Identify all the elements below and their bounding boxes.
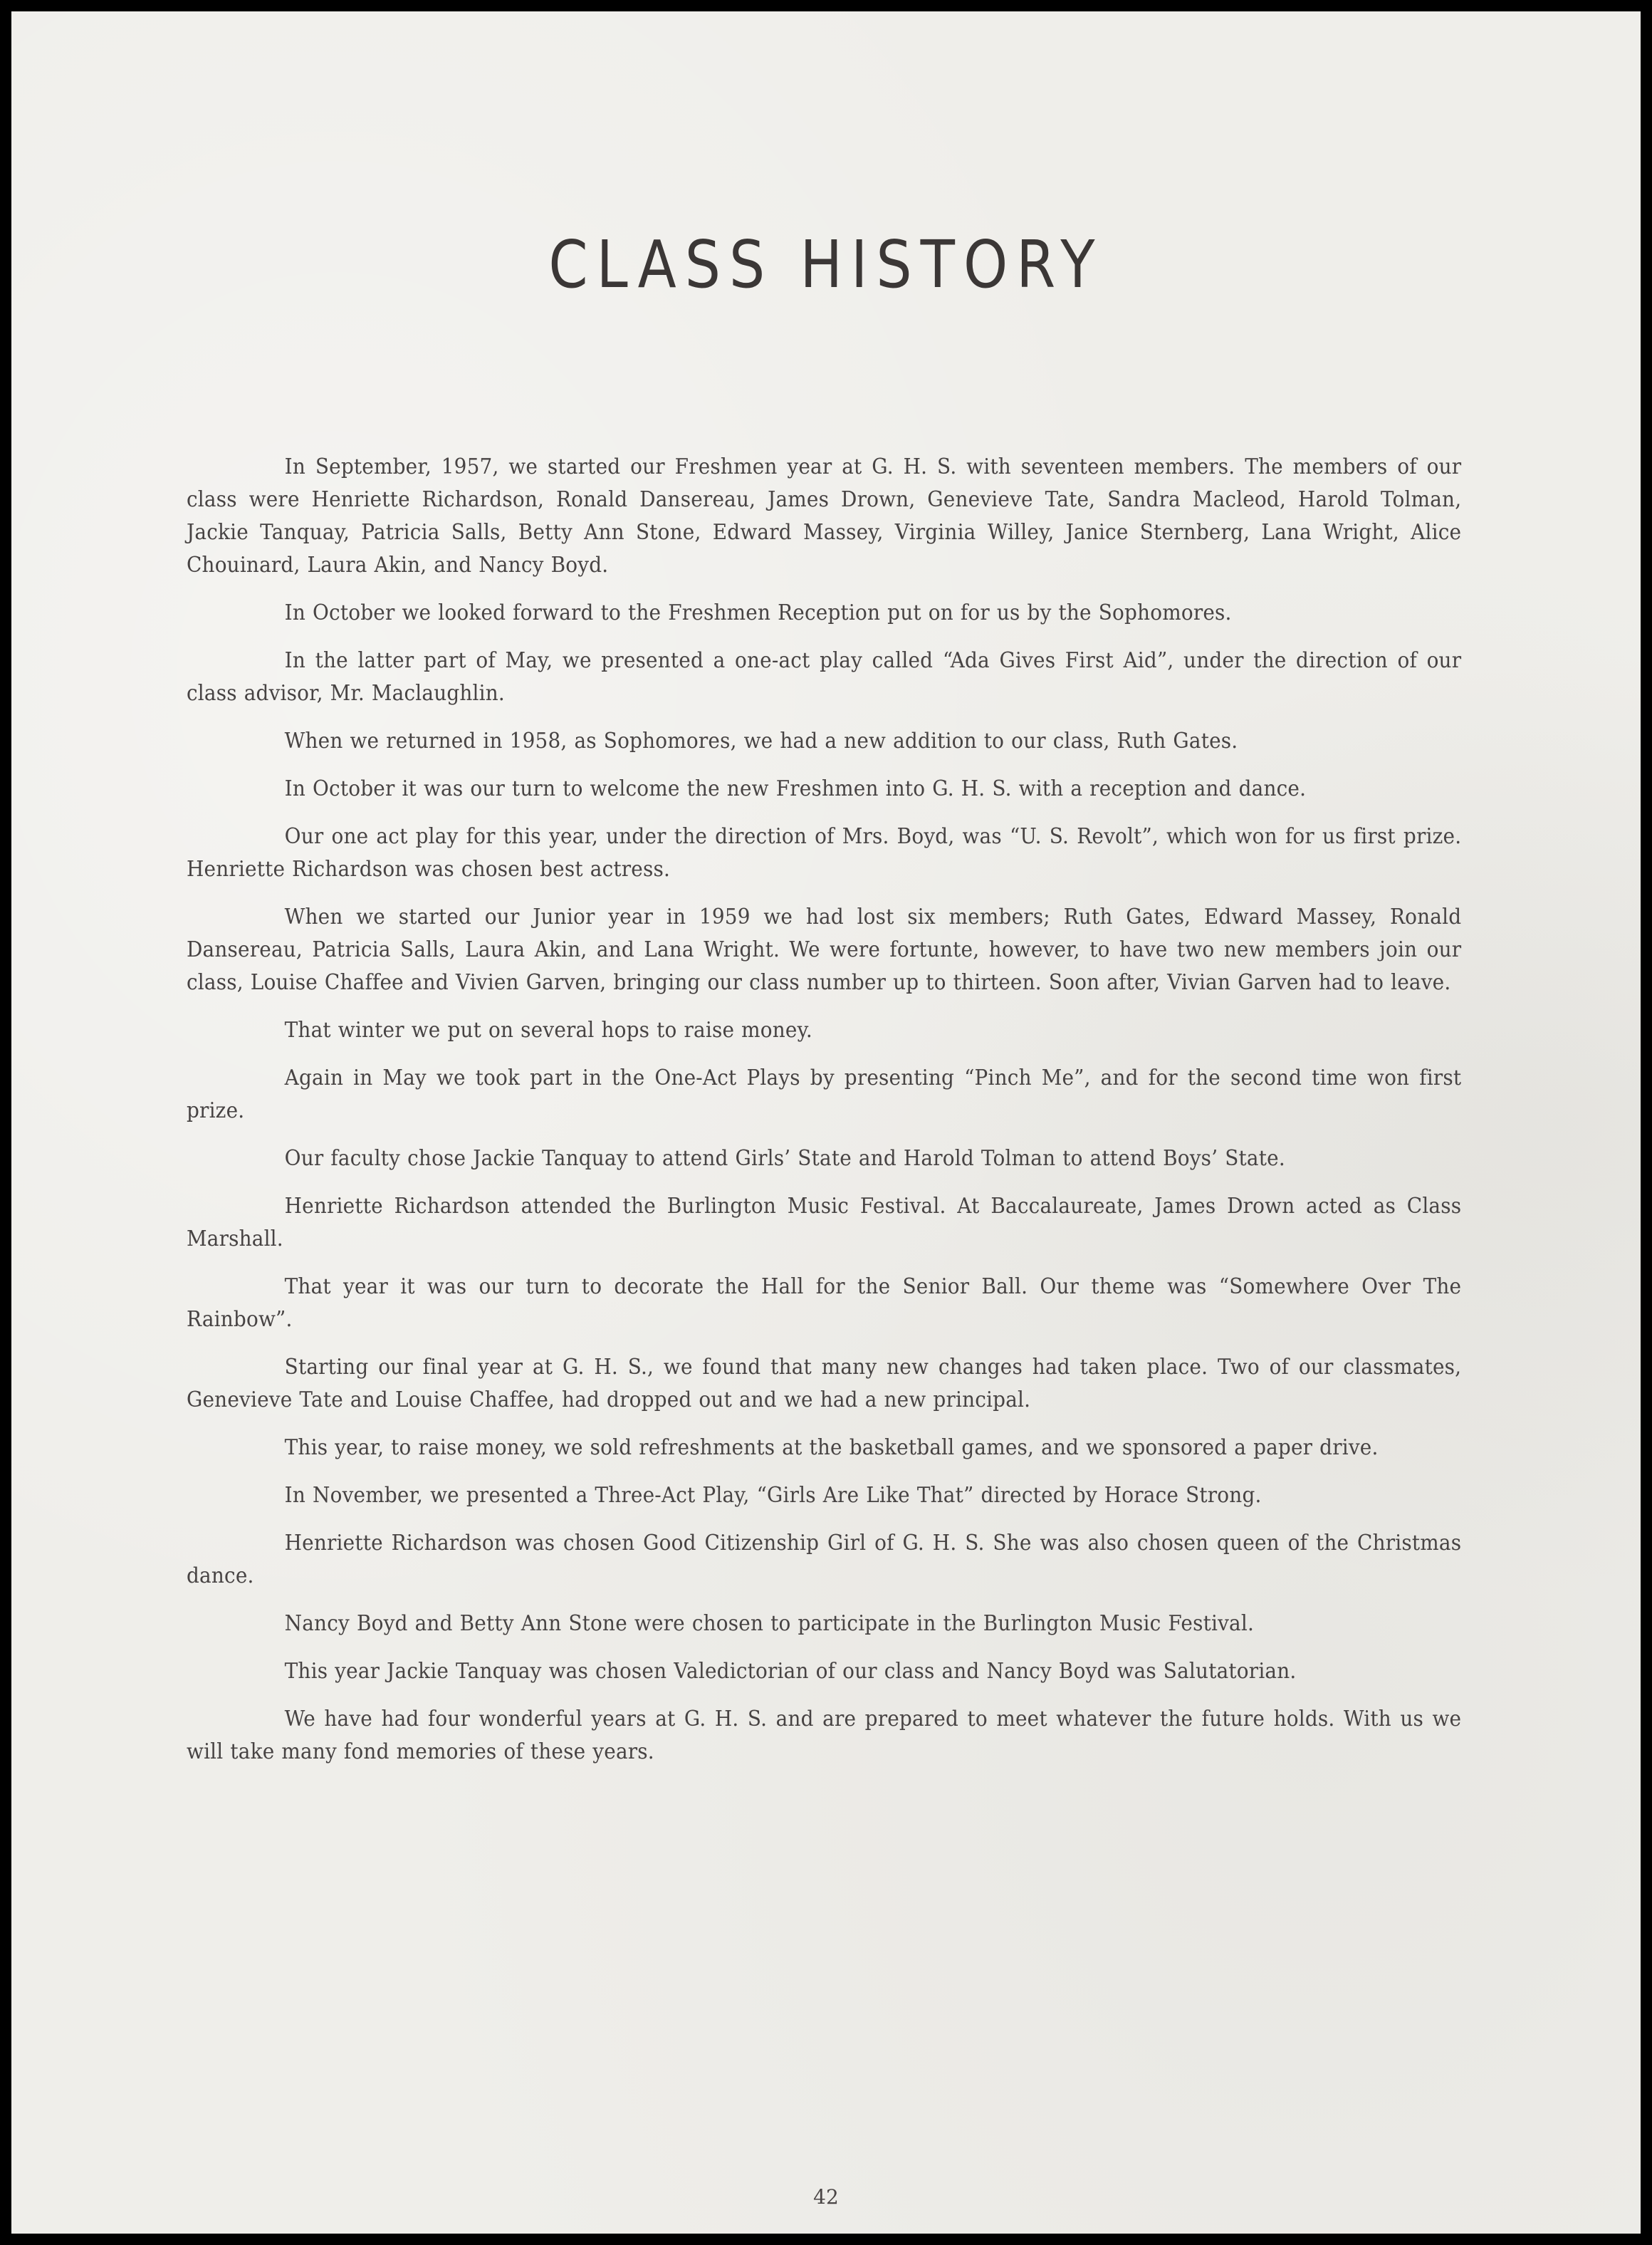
paragraph-senior-ball: That year it was our turn to decorate th… [187, 1271, 1461, 1336]
page-title: CLASS HISTORY [125, 229, 1527, 301]
paragraph-closing: We have had four wonderful years at G. H… [187, 1703, 1461, 1769]
page-number: 42 [11, 2183, 1641, 2212]
paragraph-freshmen-reception: In October we looked forward to the Fres… [187, 597, 1461, 630]
paragraph-freshmen-start: In September, 1957, we started our Fresh… [187, 451, 1461, 582]
paragraph-music-festival: Henriette Richardson attended the Burlin… [187, 1190, 1461, 1256]
paragraph-one-act-play-1: In the latter part of May, we presented … [187, 645, 1461, 710]
paragraph-valedictorian: This year Jackie Tanquay was chosen Vale… [187, 1655, 1461, 1688]
paragraph-fundraising: This year, to raise money, we sold refre… [187, 1432, 1461, 1464]
paragraph-winter-hops: That winter we put on several hops to ra… [187, 1014, 1461, 1047]
paragraph-final-year: Starting our final year at G. H. S., we … [187, 1351, 1461, 1417]
paragraph-one-act-play-3: Again in May we took part in the One-Act… [187, 1062, 1461, 1127]
paragraph-burlington-festival: Nancy Boyd and Betty Ann Stone were chos… [187, 1608, 1461, 1640]
paragraph-one-act-play-2: Our one act play for this year, under th… [187, 821, 1461, 886]
paragraph-girls-boys-state: Our faculty chose Jackie Tanquay to atte… [187, 1142, 1461, 1175]
paragraph-good-citizenship: Henriette Richardson was chosen Good Cit… [187, 1527, 1461, 1593]
paragraph-junior-year: When we started our Junior year in 1959 … [187, 901, 1461, 999]
paragraph-welcome-freshmen: In October it was our turn to welcome th… [187, 773, 1461, 806]
document-page: CLASS HISTORY In September, 1957, we sta… [11, 11, 1641, 2234]
class-history-body: In September, 1957, we started our Fresh… [187, 451, 1461, 1783]
paragraph-three-act-play: In November, we presented a Three-Act Pl… [187, 1479, 1461, 1512]
paragraph-sophomores: When we returned in 1958, as Sophomores,… [187, 725, 1461, 758]
